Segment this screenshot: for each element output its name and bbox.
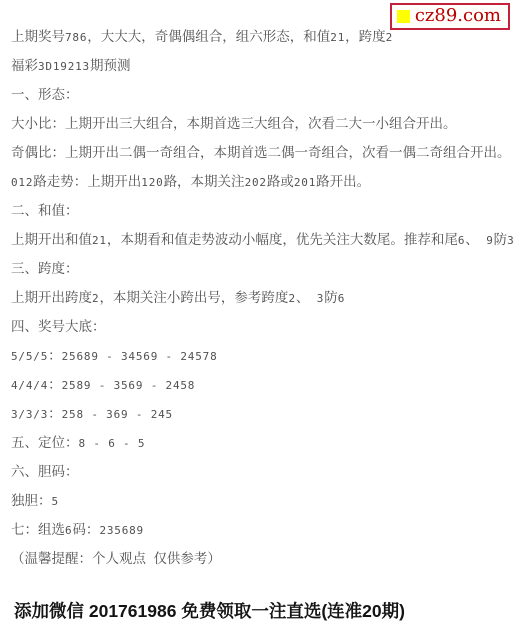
section-heading-sum-value: 二、和值： [11, 196, 505, 225]
line-disclaimer: （温馨提醒：个人观点 仅供参考） [11, 544, 505, 573]
prediction-article: 上期奖号786，大大大，奇偶偶组合，组六形态，和值21，跨度2 福彩3D1921… [0, 0, 513, 623]
line-pool-5-5-5: 5/5/5：25689 - 34569 - 24578 [11, 341, 505, 370]
section-heading-span: 三、跨度： [11, 254, 505, 283]
line-big-small-ratio: 大小比：上期开出三大组合，本期首选三大组合，次看二大一小组合开出。 [11, 109, 505, 138]
logo-text: cz89.com [415, 7, 501, 25]
section-heading-form: 一、形态： [11, 80, 505, 109]
line-odd-even-ratio: 奇偶比：上期开出二偶一奇组合，本期首选二偶一奇组合，次看一偶二奇组合开出。 [11, 138, 505, 167]
line-012-route-trend: 012路走势：上期开出120路，本期关注202路或201路开出。 [11, 167, 505, 196]
section-heading-number-pool: 四、奖号大底： [11, 312, 505, 341]
wechat-promo-line: 添加微信 201761986 免费领取一注直选(连准20期) [14, 599, 505, 623]
line-pool-4-4-4: 4/4/4：2589 - 3569 - 2458 [11, 370, 505, 399]
line-span-analysis: 上期开出跨度2，本期关注小跨出号，参考跨度2、 3防6 [11, 283, 505, 312]
line-positioning: 五、定位：8 - 6 - 5 [11, 428, 505, 457]
line-sum-value-analysis: 上期开出和值21，本期看和值走势波动小幅度，优先关注大数尾。推荐和尾6、 9防3 [11, 225, 505, 254]
line-group6-selection: 七：组选6码：235689 [11, 515, 505, 544]
article-title: 福彩3D19213期预测 [11, 51, 505, 80]
line-single-dan: 独胆：5 [11, 486, 505, 515]
site-logo[interactable]: cz89.com [390, 3, 510, 30]
page: cz89.com 上期奖号786，大大大，奇偶偶组合，组六形态，和值21，跨度2… [0, 0, 513, 628]
section-heading-dan-code: 六、胆码： [11, 457, 505, 486]
logo-square-icon [397, 10, 410, 23]
line-pool-3-3-3: 3/3/3：258 - 369 - 245 [11, 399, 505, 428]
